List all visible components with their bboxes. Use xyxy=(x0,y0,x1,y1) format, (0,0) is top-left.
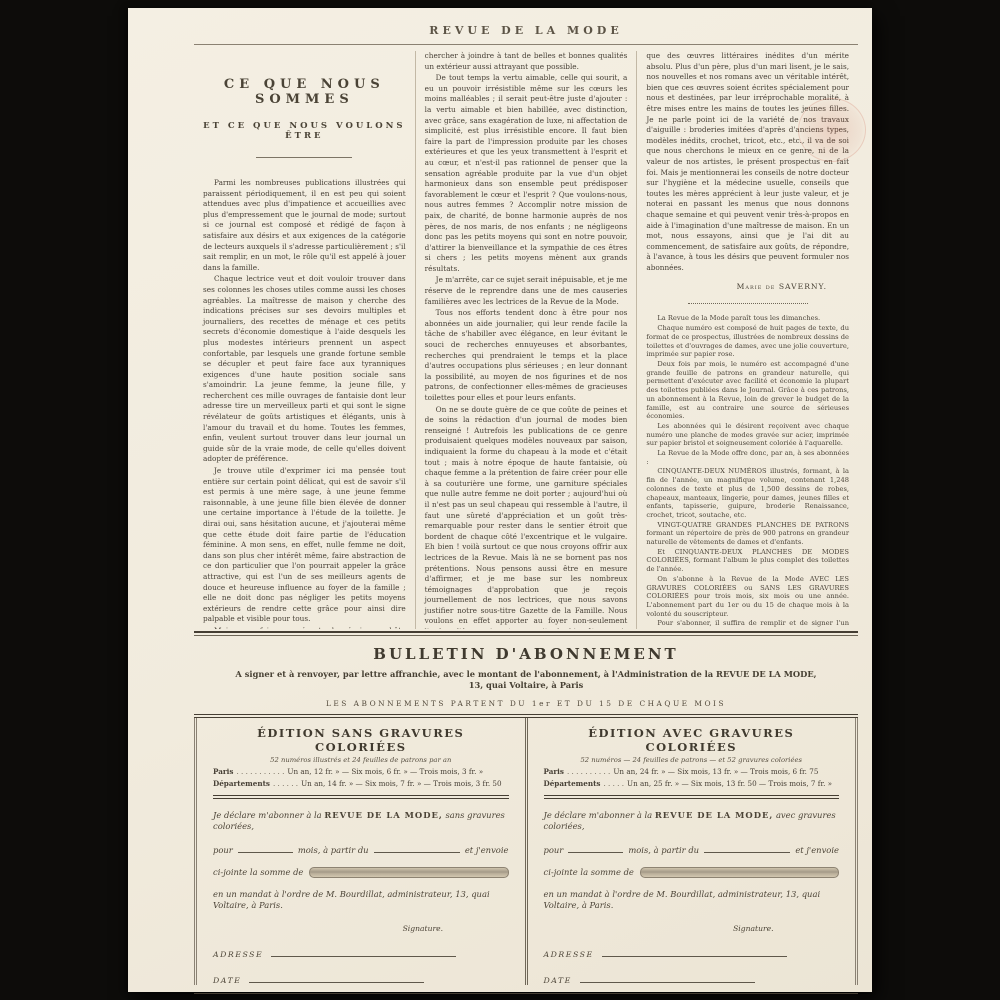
months-blank-field xyxy=(238,843,293,853)
masthead-rule xyxy=(194,44,858,45)
envoie-label: et j'envoie xyxy=(465,845,509,856)
duration-line: pour mois, à partir du et j'envoie xyxy=(544,843,840,856)
date-label: DATE xyxy=(213,976,241,985)
dot-leader: . . . . . . . . . . xyxy=(567,767,610,776)
footer-rule xyxy=(194,993,858,994)
date-blank-field xyxy=(580,973,755,983)
price-value: Un an, 14 fr. » — Six mois, 7 fr. » — Tr… xyxy=(301,779,501,788)
price-value: Un an, 12 fr. » — Six mois, 6 fr. » — Tr… xyxy=(287,767,483,776)
brand-name: REVUE DE LA MODE, xyxy=(655,810,773,820)
date-line: DATE xyxy=(213,973,509,985)
address-label: ADRESSE xyxy=(544,950,594,959)
address-blank-field xyxy=(602,947,787,957)
price-value: Un an, 24 fr. » — Six mois, 13 fr. » — T… xyxy=(613,767,818,776)
paragraph: Les abonnées qui le désirent reçoivent a… xyxy=(646,422,849,448)
column-right: que des œuvres littéraires inédites d'un… xyxy=(636,51,858,629)
amount-blank-bar xyxy=(640,867,839,878)
title-rule xyxy=(256,157,352,158)
page-content: REVUE DE LA MODE CE QUE NOUS SOMMES ET C… xyxy=(194,24,858,1000)
declaration-text: Je déclare m'abonner à la xyxy=(544,810,653,820)
bulletin-instructions-line2: 13, quai Voltaire, à Paris xyxy=(194,680,858,691)
price-label: Départements xyxy=(213,779,270,788)
masthead-title: REVUE DE LA MODE xyxy=(194,24,858,37)
duration-line: pour mois, à partir du et j'envoie xyxy=(213,843,509,856)
article-title: CE QUE NOUS SOMMES xyxy=(203,77,406,107)
amount-blank-bar xyxy=(309,867,508,878)
price-row-paris: Paris . . . . . . . . . . . Un an, 12 fr… xyxy=(213,767,509,776)
paragraph-group-right: que des œuvres littéraires inédites d'un… xyxy=(646,51,849,273)
paragraph: Chaque lectrice veut et doit vouloir tro… xyxy=(203,274,406,465)
start-date-blank-field xyxy=(374,843,460,853)
section-rule xyxy=(688,303,808,304)
paragraph: On ne se doute guère de ce que coûte de … xyxy=(425,405,628,629)
article-columns: CE QUE NOUS SOMMES ET CE QUE NOUS VOULON… xyxy=(194,51,858,629)
edition-title: ÉDITION SANS GRAVURES COLORIÉES xyxy=(213,726,509,754)
address-line: ADRESSE xyxy=(544,947,840,959)
edition-avec-gravures: ÉDITION AVEC GRAVURES COLORIÉES 52 numér… xyxy=(525,718,856,985)
author-byline: Marie de SAVERNY. xyxy=(646,282,827,291)
paragraph: La Revue de la Mode offre donc, par an, … xyxy=(646,449,849,466)
subscription-bulletin: BULLETIN D'ABONNEMENT A signer et à renv… xyxy=(194,645,858,985)
price-row-departements: Départements . . . . . Un an, 25 fr. » —… xyxy=(544,779,840,788)
paragraph: Tous nos efforts tendent donc à être pou… xyxy=(425,308,628,403)
price-value: Un an, 25 fr. » — Six mois, 13 fr. 50 — … xyxy=(627,779,832,788)
date-line: DATE xyxy=(544,973,840,985)
address-line: ADRESSE xyxy=(213,947,509,959)
amount-label: ci-jointe la somme de xyxy=(213,867,303,878)
column-left: CE QUE NOUS SOMMES ET CE QUE NOUS VOULON… xyxy=(194,51,415,629)
edition-rule xyxy=(213,795,509,799)
money-order-line: en un mandat à l'ordre de M. Bourdillat,… xyxy=(213,889,509,911)
paragraph: que des œuvres littéraires inédites d'un… xyxy=(646,51,849,273)
paragraph: Parmi les nombreuses publications illust… xyxy=(203,178,406,273)
prospectus-notes: La Revue de la Mode paraît tous les dima… xyxy=(646,314,849,629)
photo-background: REVUE DE LA MODE CE QUE NOUS SOMMES ET C… xyxy=(0,0,1000,1000)
paragraph: La Revue de la Mode paraît tous les dima… xyxy=(646,314,849,323)
paragraph: Je trouve utile d'exprimer ici ma pensée… xyxy=(203,466,406,625)
paragraph: Je m'arrête, car ce sujet serait inépuis… xyxy=(425,275,628,307)
edition-rule xyxy=(544,795,840,799)
dot-leader: . . . . . . . . . . . xyxy=(236,767,284,776)
paragraph: On s'abonne à la Revue de la Mode AVEC L… xyxy=(646,575,849,619)
paragraph: Deux fois par mois, le numéro est accomp… xyxy=(646,360,849,421)
paragraph-group-middle: chercher à joindre à tant de belles et b… xyxy=(425,51,628,629)
declaration-line: Je déclare m'abonner à la REVUE DE LA MO… xyxy=(213,810,509,832)
paragraph: Et CINQUANTE-DEUX PLANCHES DE MODES COLO… xyxy=(646,548,849,574)
price-row-departements: Départements . . . . . . Un an, 14 fr. »… xyxy=(213,779,509,788)
start-date-label: mois, à partir du xyxy=(298,845,369,856)
price-label: Départements xyxy=(544,779,601,788)
amount-label: ci-jointe la somme de xyxy=(544,867,634,878)
edition-boxes: ÉDITION SANS GRAVURES COLORIÉES 52 numér… xyxy=(194,718,858,985)
edition-sans-gravures: ÉDITION SANS GRAVURES COLORIÉES 52 numér… xyxy=(197,718,525,985)
paragraph: Pour s'abonner, il suffira de remplir et… xyxy=(646,619,849,629)
declaration-text: Je déclare m'abonner à la xyxy=(213,810,322,820)
start-date-blank-field xyxy=(704,843,790,853)
paragraph-group-left: Parmi les nombreuses publications illust… xyxy=(203,178,406,629)
column-middle: chercher à joindre à tant de belles et b… xyxy=(415,51,637,629)
address-label: ADRESSE xyxy=(213,950,263,959)
months-blank-field xyxy=(568,843,623,853)
document-page: REVUE DE LA MODE CE QUE NOUS SOMMES ET C… xyxy=(128,8,872,992)
bulletin-instructions-line1: A signer et à renvoyer, par lettre affra… xyxy=(194,669,858,680)
money-order-line: en un mandat à l'ordre de M. Bourdillat,… xyxy=(544,889,840,911)
dot-leader: . . . . . . xyxy=(273,779,298,788)
date-blank-field xyxy=(249,973,424,983)
price-label: Paris xyxy=(544,767,564,776)
dot-leader: . . . . . xyxy=(603,779,624,788)
brand-name: REVUE DE LA MODE, xyxy=(324,810,442,820)
paragraph: Mais, une fois ce précepte lancé, je me … xyxy=(203,626,406,629)
edition-subtitle: 52 numéros illustrés et 24 feuilles de p… xyxy=(213,756,509,764)
section-divider xyxy=(194,631,858,636)
bulletin-title: BULLETIN D'ABONNEMENT xyxy=(194,645,858,663)
price-label: Paris xyxy=(213,767,233,776)
paragraph: chercher à joindre à tant de belles et b… xyxy=(425,51,628,72)
signature-label: Signature. xyxy=(544,924,840,933)
amount-line: ci-jointe la somme de xyxy=(213,867,509,878)
edition-subtitle: 52 numéros — 24 feuilles de patrons — et… xyxy=(544,756,840,764)
article-subtitle: ET CE QUE NOUS VOULONS ÊTRE xyxy=(203,121,406,141)
bulletin-start-note: LES ABONNEMENTS PARTENT DU 1er ET DU 15 … xyxy=(194,699,858,708)
paragraph: Chaque numéro est composé de huit pages … xyxy=(646,324,849,359)
start-date-label: mois, à partir du xyxy=(628,845,699,856)
date-label: DATE xyxy=(544,976,572,985)
address-blank-field xyxy=(271,947,456,957)
price-row-paris: Paris . . . . . . . . . . Un an, 24 fr. … xyxy=(544,767,840,776)
paragraph: VINGT-QUATRE GRANDES PLANCHES DE PATRONS… xyxy=(646,521,849,547)
paragraph: CINQUANTE-DEUX NUMÉROS illustrés, forman… xyxy=(646,467,849,519)
signature-label: Signature. xyxy=(213,924,509,933)
pour-label: pour xyxy=(213,845,233,856)
edition-title: ÉDITION AVEC GRAVURES COLORIÉES xyxy=(544,726,840,754)
amount-line: ci-jointe la somme de xyxy=(544,867,840,878)
pour-label: pour xyxy=(544,845,564,856)
paragraph: De tout temps la vertu aimable, celle qu… xyxy=(425,73,628,274)
envoie-label: et j'envoie xyxy=(795,845,839,856)
declaration-line: Je déclare m'abonner à la REVUE DE LA MO… xyxy=(544,810,840,832)
